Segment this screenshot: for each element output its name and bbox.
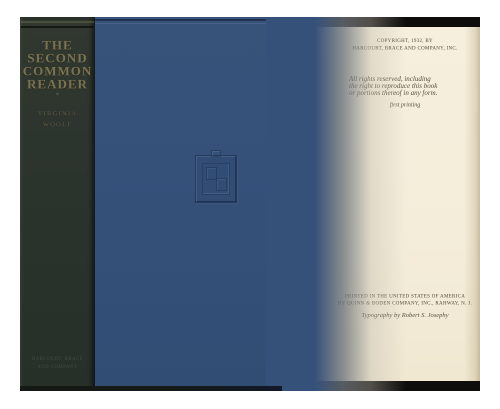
- spine-imprint-line: AND COMPANY: [20, 363, 95, 371]
- book-front-cover: [95, 17, 280, 391]
- cover-top-edge-highlight: [95, 23, 280, 24]
- spine-title-line: READER: [20, 78, 95, 91]
- spine-publisher-imprint: HARCOURT, BRACE AND COMPANY: [20, 355, 95, 371]
- typography-credit: Typography by Robert S. Josephy: [320, 311, 490, 319]
- spine-author: VIRGINIA WOOLF: [20, 108, 95, 130]
- emblem-inner-frame: [202, 163, 230, 195]
- book-spine: THE SECOND COMMON READER * VIRGINIA WOOL…: [20, 17, 95, 391]
- printer-line: BY QUINN & BODEN COMPANY, INC., RAHWAY, …: [320, 300, 490, 307]
- book-bottom-shadow: [20, 386, 282, 391]
- emblem-top-tab: [211, 150, 221, 157]
- copyright-line: HARCOURT, BRACE AND COMPANY, INC.: [320, 45, 490, 53]
- spine-author-line: WOOLF: [20, 119, 95, 130]
- spine-imprint-line: HARCOURT, BRACE: [20, 355, 95, 363]
- embossed-publisher-emblem: [195, 155, 237, 203]
- spine-ornament: *: [20, 92, 95, 100]
- printer-line: PRINTED IN THE UNITED STATES OF AMERICA: [320, 293, 490, 300]
- cover-top-edge: [95, 19, 280, 21]
- rights-line: or portions thereof in any form.: [349, 90, 490, 97]
- copyright-page: COPYRIGHT, 1932, BY HARCOURT, BRACE AND …: [280, 17, 480, 391]
- page-text: COPYRIGHT, 1932, BY HARCOURT, BRACE AND …: [320, 17, 490, 391]
- book-photograph: COPYRIGHT, 1932, BY HARCOURT, BRACE AND …: [20, 17, 480, 391]
- photo-bottom-edge: [280, 381, 480, 391]
- spine-author-line: VIRGINIA: [20, 108, 95, 119]
- copyright-statement: COPYRIGHT, 1932, BY HARCOURT, BRACE AND …: [320, 37, 490, 52]
- emblem-monogram-block: [216, 178, 227, 191]
- rights-notice: All rights reserved, including the right…: [349, 76, 490, 97]
- spine-text: THE SECOND COMMON READER * VIRGINIA WOOL…: [20, 17, 95, 391]
- printer-statement: PRINTED IN THE UNITED STATES OF AMERICA …: [320, 293, 490, 307]
- spine-title: THE SECOND COMMON READER: [20, 39, 95, 91]
- printing-notice: first printing: [320, 101, 490, 109]
- copyright-line: COPYRIGHT, 1932, BY: [320, 37, 490, 45]
